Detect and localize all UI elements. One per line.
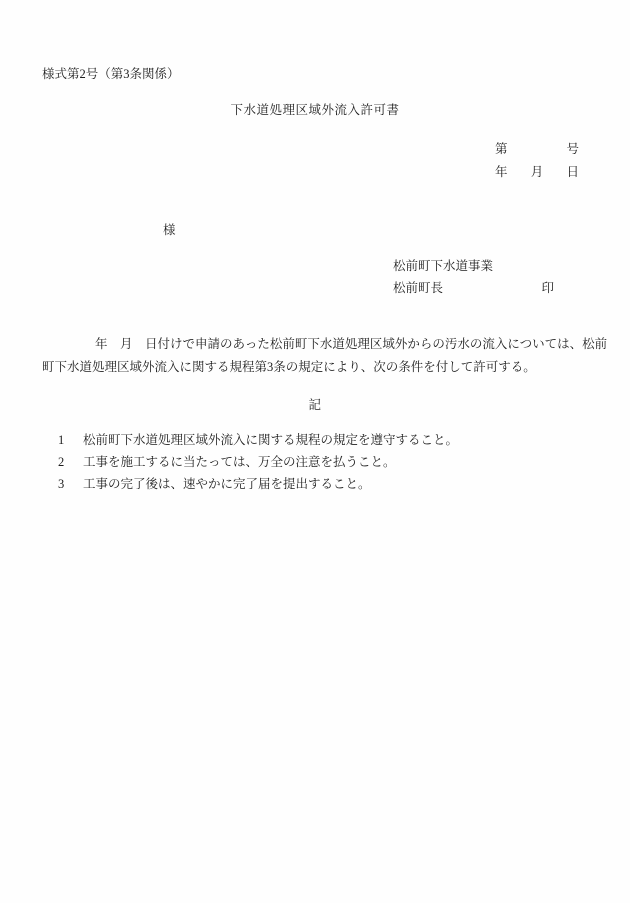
condition-3-text: 工事の完了後は、速やかに完了届を提出すること。 — [83, 476, 371, 493]
body-paragraph-line-2: 町下水道処理区域外流入に関する規程第3条の規定により、次の条件を付して許可する。 — [42, 359, 617, 376]
condition-item-2: 2 工事を施工するに当たっては、万全の注意を払うこと。 — [58, 454, 396, 471]
addressee-honorific: 様 — [163, 222, 176, 239]
date-day-label: 日 — [566, 164, 579, 181]
sender-signature-line: 松前町長 印 — [393, 280, 554, 297]
date-month-label: 月 — [531, 164, 544, 181]
condition-3-number: 3 — [58, 476, 83, 493]
permit-number-line: 第 号 — [495, 141, 579, 158]
permit-number-prefix: 第 — [495, 141, 508, 158]
condition-2-text: 工事を施工するに当たっては、万全の注意を払うこと。 — [83, 454, 396, 471]
sender-signer-title: 松前町長 — [393, 280, 443, 297]
record-heading: 記 — [0, 397, 630, 414]
permit-number-suffix: 号 — [566, 141, 579, 158]
form-number-label: 様式第2号（第3条関係） — [42, 66, 180, 83]
condition-2-number: 2 — [58, 454, 83, 471]
condition-item-1: 1 松前町下水道処理区域外流入に関する規程の規定を遵守すること。 — [58, 432, 458, 449]
issue-date-line: 年 月 日 — [495, 164, 579, 181]
sender-organization: 松前町下水道事業 — [393, 258, 493, 275]
condition-item-3: 3 工事の完了後は、速やかに完了届を提出すること。 — [58, 476, 371, 493]
date-year-label: 年 — [495, 164, 508, 181]
document-title: 下水道処理区域外流入許可書 — [0, 102, 630, 119]
body-paragraph-line-1: 年 月 日付けで申請のあった松前町下水道処理区域外からの汚水の流入については、松… — [42, 336, 617, 353]
condition-1-text: 松前町下水道処理区域外流入に関する規程の規定を遵守すること。 — [83, 432, 458, 449]
seal-placeholder: 印 — [541, 280, 554, 297]
condition-1-number: 1 — [58, 432, 83, 449]
permit-document-page: 様式第2号（第3条関係） 下水道処理区域外流入許可書 第 号 年 月 日 様 松… — [0, 0, 630, 903]
